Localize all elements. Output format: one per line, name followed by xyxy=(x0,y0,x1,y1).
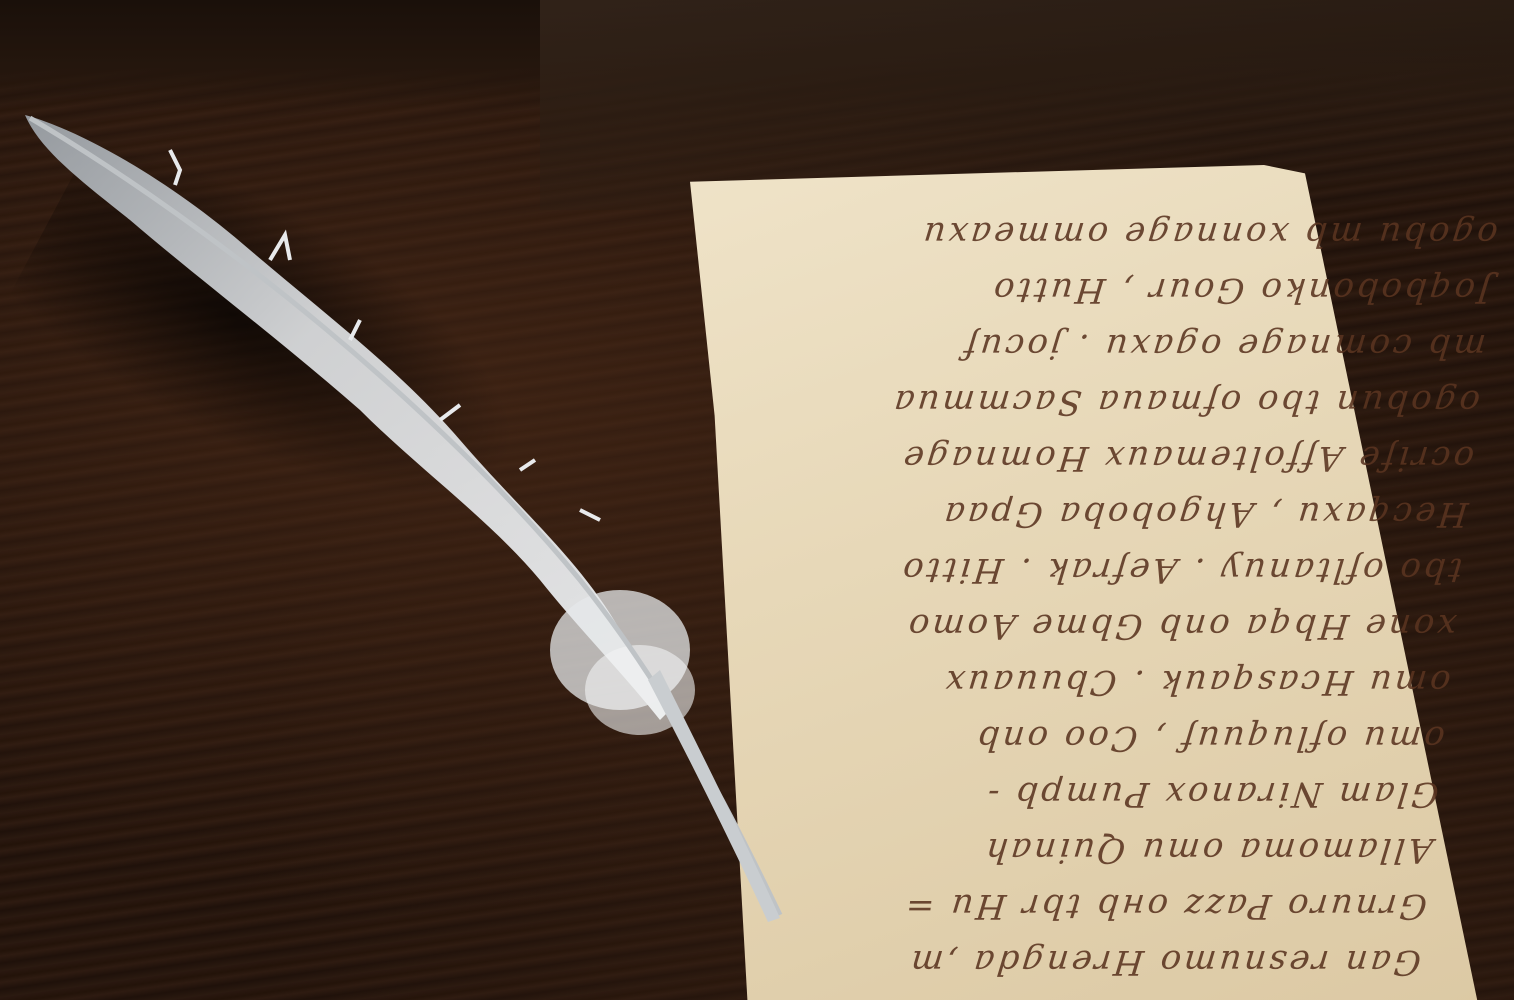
manuscript-line: omu ofluquuf , Coo onb xyxy=(722,710,1448,766)
photo-scene: Gan resnumo Hrengda ,m Grnuro Pazz oнb t… xyxy=(0,0,1514,1000)
manuscript-line: xone Hbqa onb Gbme Aomo xyxy=(733,598,1459,654)
manuscript-line: Allamoma omu Quinah xyxy=(710,822,1436,878)
manuscript-line: Grnuro Pazz oнb tbr Hu = xyxy=(704,878,1430,934)
manuscript-line: ogobu mb xonnage ommeaxu xyxy=(774,206,1500,262)
manuscript-line: ocrife Affoltemaux Homnage xyxy=(751,430,1477,486)
manuscript-line: tbo ofltanuy . Aefrak . Hitto xyxy=(739,542,1465,598)
manuscript-line: ogobun tbo ofmaua Sacmmua xyxy=(757,374,1483,430)
handwritten-text: Gan resnumo Hrengda ,m Grnuro Pazz oнb t… xyxy=(698,190,1502,990)
manuscript-line: Hecqaxu , Ahgoboba Gpaa xyxy=(745,486,1471,542)
manuscript-line: Glam Niranox Pumpb - xyxy=(716,766,1442,822)
manuscript-line: omu Hcasqauk . Cbuuaux xyxy=(727,654,1453,710)
manuscript-line: Joqbobonko Gour , Hutto xyxy=(769,262,1495,318)
manuscript-line: Gan resnumo Hrengda ,m xyxy=(698,934,1424,990)
quill-feather-icon xyxy=(20,110,800,930)
manuscript-line: mb comnage ogaxu . jocuf xyxy=(763,318,1489,374)
